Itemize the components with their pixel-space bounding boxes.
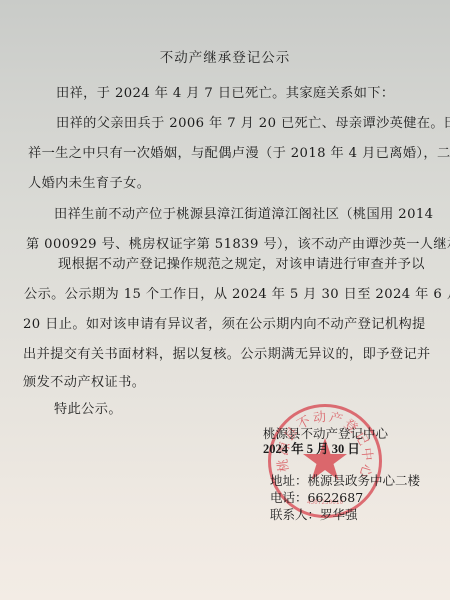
paragraph-2-line-2: 第 000929 号、桃房权证字第 51839 号），该不动产由谭沙英一人继承。 xyxy=(26,237,450,253)
paragraph-3-line-3: 20 日止。如对该申请有异议者，须在公示期内向不动产登记机构提 xyxy=(23,317,426,333)
paragraph-3-line-1: 现根据不动产登记操作规范之规定，对该申请进行审查并予以 xyxy=(58,257,425,273)
paragraph-2-line-1: 田祥生前不动产位于桃源县漳江街道漳江阁社区（桃国用 2014 xyxy=(54,207,433,223)
closing-statement: 特此公示。 xyxy=(54,402,122,418)
paragraph-1-line-3: 祥一生之中只有一次婚姻，与配偶卢漫（于 2018 年 4 月已离婚），二 xyxy=(28,146,450,162)
contact-address: 地址：桃源县政务中心二楼 xyxy=(270,473,420,488)
issue-date: 2024 年 5 月 30 日 xyxy=(263,442,360,457)
paragraph-1-line-2: 田祥的父亲田兵于 2006 年 7 月 20 已死亡、母亲谭沙英健在。田 xyxy=(56,116,450,132)
paragraph-3-line-4: 出并提交有关书面材料，据以复核。公示期满无异议的，即予登记并 xyxy=(23,347,431,363)
paragraph-1-line-4: 人婚内未生育子女。 xyxy=(28,176,150,192)
paragraph-3-line-5: 颁发不动产权证书。 xyxy=(23,375,145,391)
paragraph-1-line-1: 田祥，于 2024 年 4 月 7 日已死亡。其家庭关系如下： xyxy=(56,86,394,102)
issuing-organization: 桃源县不动产登记中心 xyxy=(263,426,388,441)
contact-person: 联系人：罗华强 xyxy=(270,507,358,522)
document-title: 不动产继承登记公示 xyxy=(0,46,450,66)
paragraph-3-line-2: 公示。公示期为 15 个工作日，从 2024 年 5 月 30 日至 2024 … xyxy=(24,287,450,303)
contact-phone: 电话：6622687 xyxy=(270,490,363,505)
